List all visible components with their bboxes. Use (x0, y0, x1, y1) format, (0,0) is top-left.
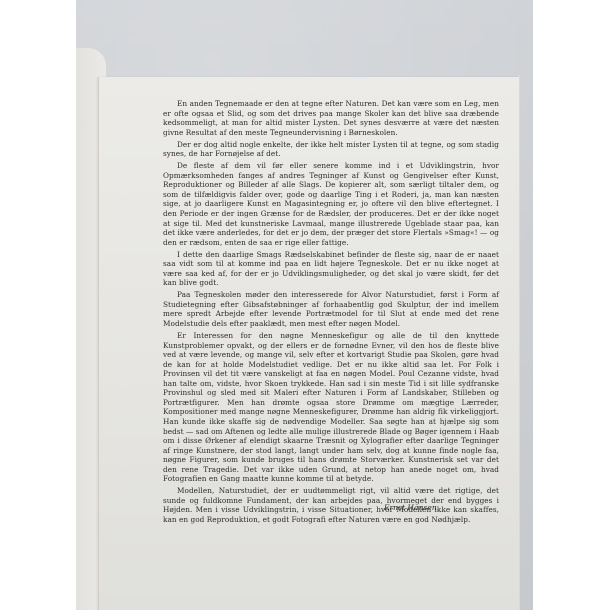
page-text: En anden Tegnemaade er den at tegne efte… (163, 99, 499, 527)
paragraph-2: Der er dog altid nogle enkelte, der ikke… (163, 140, 499, 159)
paragraph-3: De fleste af dem vil før eller senere ko… (163, 161, 499, 247)
paragraph-4: I dette den daarlige Smags Rædselskabine… (163, 250, 499, 288)
paragraph-1: En anden Tegnemaade er den at tegne efte… (163, 99, 499, 137)
paragraph-7: Modellen, Naturstudiet, der er uudtømmel… (163, 486, 499, 524)
author-signature: Ernst Hansen. (384, 503, 439, 512)
paragraph-6: Er Interessen for den nøgne Menneskefigu… (163, 331, 499, 484)
book-photo: En anden Tegnemaade er den at tegne efte… (76, 0, 533, 610)
paragraph-5: Paa Tegneskolen møder den interesserede … (163, 290, 499, 328)
book-page: En anden Tegnemaade er den at tegne efte… (98, 77, 519, 610)
